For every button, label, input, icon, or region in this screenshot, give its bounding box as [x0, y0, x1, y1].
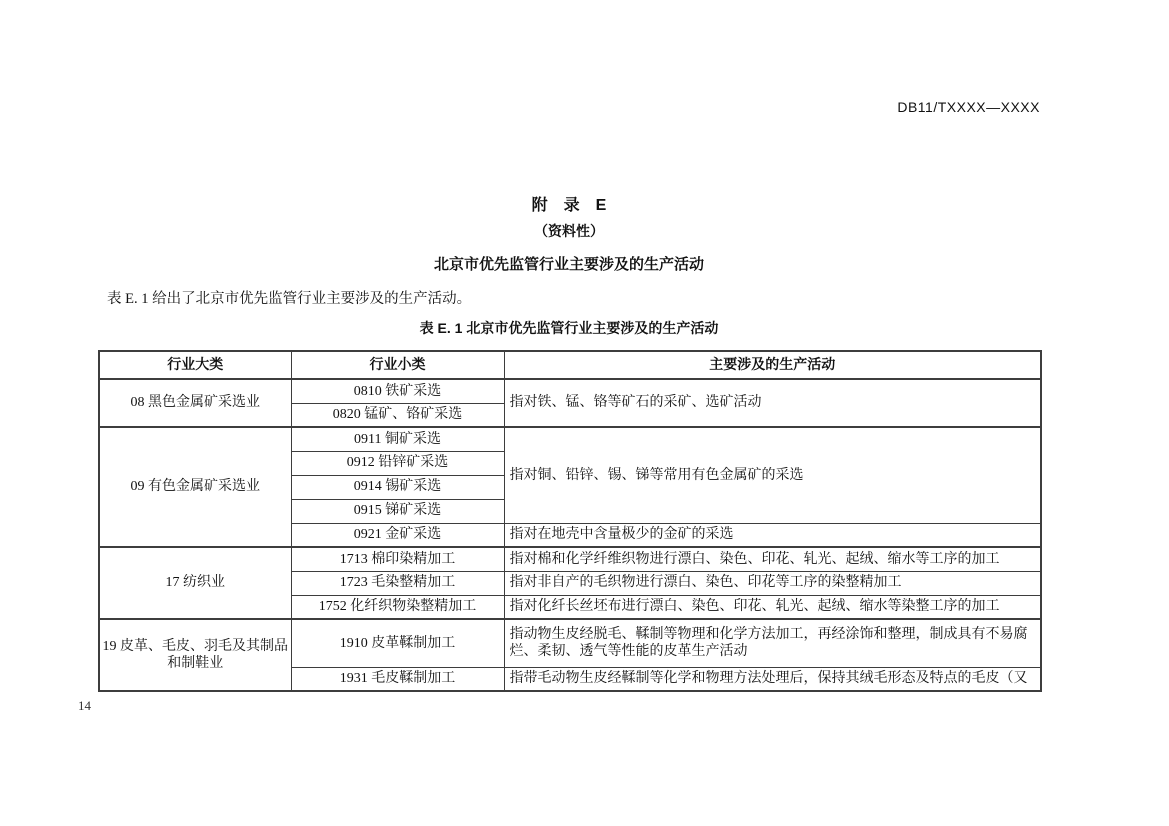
activity-cell: 指带毛动物生皮经鞣制等化学和物理方法处理后，保持其绒毛形态及特点的毛皮（又 — [504, 667, 1041, 691]
column-header-category: 行业大类 — [99, 351, 291, 379]
subclass-cell: 1910 皮革鞣制加工 — [291, 619, 504, 667]
subclass-cell: 0911 铜矿采选 — [291, 427, 504, 451]
table-row: 09 有色金属矿采选业 0911 铜矿采选 指对铜、铅锌、锡、锑等常用有色金属矿… — [99, 427, 1041, 451]
subclass-cell: 0820 锰矿、铬矿采选 — [291, 403, 504, 427]
activity-cell: 指对在地壳中含量极少的金矿的采选 — [504, 523, 1041, 547]
table-row: 17 纺织业 1713 棉印染精加工 指对棉和化学纤维织物进行漂白、染色、印花、… — [99, 547, 1041, 571]
table-row: 08 黑色金属矿采选业 0810 铁矿采选 指对铁、锰、铬等矿石的采矿、选矿活动 — [99, 379, 1041, 403]
activity-cell: 指对非自产的毛织物进行漂白、染色、印花等工序的染整精加工 — [504, 571, 1041, 595]
industry-table: 行业大类 行业小类 主要涉及的生产活动 08 黑色金属矿采选业 0810 铁矿采… — [98, 350, 1042, 692]
activity-cell: 指对铜、铅锌、锡、锑等常用有色金属矿的采选 — [504, 427, 1041, 523]
table-caption: 表 E. 1 北京市优先监管行业主要涉及的生产活动 — [98, 318, 1040, 338]
subclass-cell: 1752 化纤织物染整精加工 — [291, 595, 504, 619]
intro-paragraph: 表 E. 1 给出了北京市优先监管行业主要涉及的生产活动。 — [107, 287, 1040, 308]
category-cell: 19 皮革、毛皮、羽毛及其制品和制鞋业 — [99, 619, 291, 691]
activity-cell: 指对化纤长丝坯布进行漂白、染色、印花、轧光、起绒、缩水等染整工序的加工 — [504, 595, 1041, 619]
subclass-cell: 1723 毛染整精加工 — [291, 571, 504, 595]
category-cell: 17 纺织业 — [99, 547, 291, 619]
activity-cell: 指对棉和化学纤维织物进行漂白、染色、印花、轧光、起绒、缩水等工序的加工 — [504, 547, 1041, 571]
column-header-subclass: 行业小类 — [291, 351, 504, 379]
table-row: 19 皮革、毛皮、羽毛及其制品和制鞋业 1910 皮革鞣制加工 指动物生皮经脱毛… — [99, 619, 1041, 667]
column-header-activities: 主要涉及的生产活动 — [504, 351, 1041, 379]
activity-cell: 指对铁、锰、铬等矿石的采矿、选矿活动 — [504, 379, 1041, 427]
category-cell: 08 黑色金属矿采选业 — [99, 379, 291, 427]
page-number: 14 — [78, 698, 91, 714]
activity-cell: 指动物生皮经脱毛、鞣制等物理和化学方法加工，再经涂饰和整理，制成具有不易腐烂、柔… — [504, 619, 1041, 667]
subclass-cell: 1931 毛皮鞣制加工 — [291, 667, 504, 691]
document-page: DB11/TXXXX—XXXX 附 录 E （资料性） 北京市优先监管行业主要涉… — [0, 0, 1169, 826]
document-code: DB11/TXXXX—XXXX — [897, 99, 1040, 115]
subclass-cell: 0914 锡矿采选 — [291, 475, 504, 499]
subclass-cell: 0810 铁矿采选 — [291, 379, 504, 403]
subclass-cell: 0912 铅锌矿采选 — [291, 451, 504, 475]
appendix-title: 附 录 E — [98, 192, 1040, 215]
subclass-cell: 0921 金矿采选 — [291, 523, 504, 547]
appendix-type-label: （资料性） — [98, 221, 1040, 241]
subclass-cell: 0915 锑矿采选 — [291, 499, 504, 523]
table-header-row: 行业大类 行业小类 主要涉及的生产活动 — [99, 351, 1041, 379]
subclass-cell: 1713 棉印染精加工 — [291, 547, 504, 571]
category-cell: 09 有色金属矿采选业 — [99, 427, 291, 547]
appendix-heading: 北京市优先监管行业主要涉及的生产活动 — [98, 253, 1040, 274]
